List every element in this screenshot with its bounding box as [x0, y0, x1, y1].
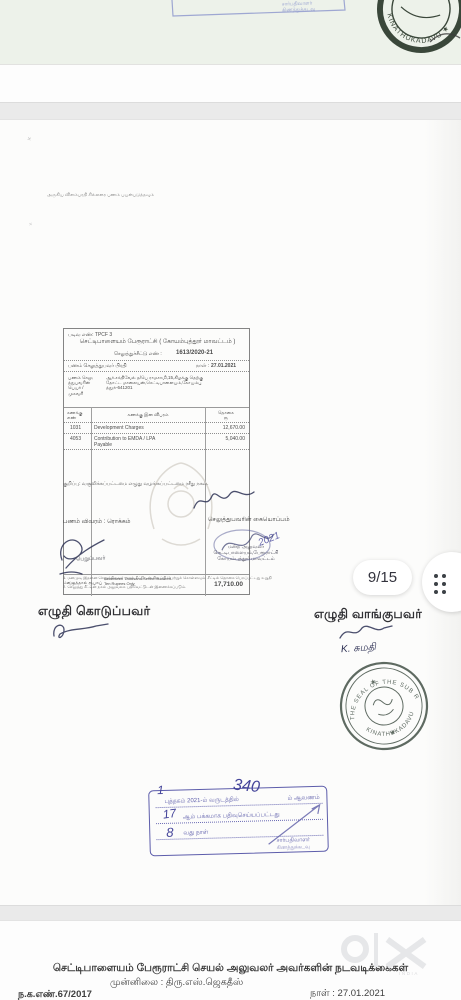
account-number: 4053 — [70, 436, 81, 442]
challan-number: 1613/2020-21 — [176, 350, 213, 357]
payer-name-address: ஆர்.சக்திவேல் த/பெ ராமசாமி,15,கிழக்கு தெ… — [106, 375, 244, 391]
olx-image-gallery: சார்பதிவாளர் கிணத்துக்கடவு KINATHUKADAVU… — [0, 0, 461, 1000]
prev-page-image[interactable]: சார்பதிவாளர் கிணத்துக்கடவு KINATHUKADAVU… — [0, 0, 461, 65]
payment-mode: பணம் விவரம் : ரொக்கம் — [63, 519, 131, 526]
column-header-description: கணக்கு இன விபரம் — [91, 412, 205, 417]
document-page[interactable]: × × அருகிய விளம்பரதி சில்லரை பணம் பயன்பட… — [0, 120, 461, 905]
registrar-hand-note: சார்பதிவாளர் கிணத்துக்கடவு — [282, 0, 316, 13]
page-separator — [0, 102, 461, 120]
book-number-handwritten: 1 — [157, 783, 164, 797]
proceedings-date: நாள் : 27.01.2021 — [310, 988, 385, 1000]
column-header-amount: தொகை ரூ — [205, 410, 247, 420]
collector-signature — [52, 530, 112, 578]
account-number: 1031 — [70, 425, 81, 431]
seal-top-arc-text: THE SEAL OF THE SUB REGISTRAR — [341, 670, 420, 722]
office-stamp-text: மன்ற அலுவலர் செட்டிபாளையம்,பேரூராட்சி கோ… — [206, 544, 286, 562]
page-indicator-text: 9/15 — [368, 569, 397, 586]
charge-description: Development Charges — [94, 425, 144, 431]
proceedings-heading: செட்டிபாளையம் பேரூராட்சி செயல் அலுவலர் அ… — [40, 962, 421, 975]
stamp-line3-text: வது நாள் — [183, 830, 208, 838]
receiver-label: பெறுப்பவர் — [76, 555, 106, 562]
date-label: நாள் : — [196, 363, 209, 369]
receipt-faint-header: அருகிய விளம்பரதி சில்லரை பணம் பயன்படுத்த… — [47, 192, 154, 197]
receipt-date: 27.01.2021 — [211, 363, 236, 369]
page-separator — [0, 905, 461, 921]
olx-bar-icon — [374, 933, 378, 967]
registrar-seal-bottom-icon: THE SEAL OF THE SUB REGISTRAR KINATHUKAD… — [338, 660, 430, 752]
charge-amount: 5,040.00 — [205, 436, 245, 442]
receipt-footnotes: 1. மனமுடி இதனை செலுத்தியவர் அசல் சீட்டுட… — [63, 576, 273, 590]
buyer-name-handwritten: K. சுமதி — [341, 642, 377, 656]
challan-label: செலுத்துச்சீட்டு எண் : — [114, 351, 162, 357]
payer-sign-label: செலுத்துபவரின் கையொப்பம் — [208, 517, 290, 524]
pen-stroke — [428, 26, 461, 48]
receipt-note: குறிப்பு: வசூலிக்கப்பட்டமை எழுது வழங்கப்… — [63, 481, 208, 487]
buyer-label: எழுதி வாங்குபவர் — [314, 607, 422, 623]
charge-description: Contribution to EMDA / LPA Payable — [94, 436, 194, 448]
registration-stamp-box: 1 புத்தகம் 2021-ம் வருடத்தில் 340 ம் ஆவண… — [148, 786, 329, 857]
column-header-account: கணக்கு எண் — [67, 410, 89, 420]
svg-text:THE SEAL OF THE SUB REGISTRAR: THE SEAL OF THE SUB REGISTRAR — [341, 670, 420, 722]
buyer-signature — [338, 622, 394, 642]
form-number: படிவ எண்: TPCF 3 — [68, 332, 112, 338]
registrar-place: கிணத்துக்கடவு — [277, 844, 310, 851]
olx-o-icon — [341, 935, 369, 963]
day-number-handwritten: 8 — [166, 825, 174, 840]
reference-number: ந.க.எண்.67/2017 — [18, 989, 92, 1000]
page-number-handwritten: 17 — [162, 806, 177, 822]
paper-speck: × — [26, 136, 32, 144]
olx-india-label: INDIA — [399, 971, 419, 976]
page-indicator: 9/15 — [353, 560, 412, 595]
payer-signature — [192, 486, 256, 512]
copy-label: பணம் செலுத்துபவர் பிரதி — [68, 363, 127, 369]
proceedings-subheading: முன்னிலை : திரு.எஸ்.ஜெகதீஸ் — [110, 977, 243, 989]
charge-amount: 12,670.00 — [205, 425, 245, 431]
municipality-title: செட்டிபாளையம் பேரூராட்சி ( கோயம்புத்தூர்… — [74, 339, 241, 346]
page-gap-white — [0, 65, 461, 102]
payer-label: பணம் செலு த்துபவரின் பெயர் / முகவரி — [68, 375, 102, 396]
document-number-handwritten: 340 — [232, 777, 260, 797]
paper-speck: × — [29, 222, 33, 228]
writer-signature — [50, 618, 114, 644]
